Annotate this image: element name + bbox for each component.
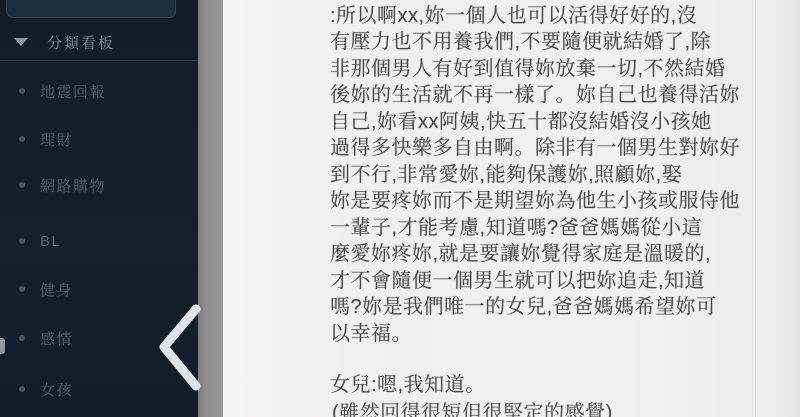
post-line: :所以啊xx,妳一個人也可以活得好好的,沒 xyxy=(330,0,790,27)
sidebar-item-label: BL xyxy=(40,233,61,250)
sidebar-item-label: 地震回報 xyxy=(40,81,106,102)
post-line: 有壓力也不用養我們,不要隨便就結婚了,除 xyxy=(330,27,790,54)
post-line: 麼愛妳疼妳,就是要讓妳覺得家庭是溫暖的, xyxy=(330,239,790,266)
bullet-icon xyxy=(19,88,25,94)
sidebar-item-bl[interactable]: BL xyxy=(0,231,198,251)
sidebar-item-label: 健身 xyxy=(40,279,73,300)
bullet-icon xyxy=(19,136,25,142)
post-content-page: :所以啊xx,妳一個人也可以活得好好的,沒 有壓力也不用養我們,不要隨便就結婚了… xyxy=(223,0,800,417)
bullet-icon xyxy=(19,182,25,188)
post-line: 以幸福。 xyxy=(330,318,790,345)
post-line: 妳是要疼妳而不是期望妳為他生小孩或服侍他 xyxy=(330,186,790,213)
sidebar-item-finance[interactable]: 理財 xyxy=(0,129,198,149)
sidebar-divider xyxy=(0,60,198,61)
sidebar-item-online-shopping[interactable]: 網路購物 xyxy=(0,175,198,195)
sidebar-item-earthquake[interactable]: 地震回報 xyxy=(0,81,198,101)
bullet-icon xyxy=(19,335,25,341)
left-edge-tab xyxy=(0,338,5,354)
sidebar-section-categories[interactable]: 分類看板 xyxy=(0,30,198,54)
post-line: 過得多快樂多自由啊。除非有一個男生對妳好 xyxy=(330,133,790,160)
sidebar-item-fitness[interactable]: 健身 xyxy=(0,279,198,299)
post-reply-line: 女兒:嗯,我知道。 xyxy=(330,369,486,396)
search-input[interactable] xyxy=(6,0,176,18)
bullet-icon xyxy=(19,286,25,292)
post-line: 才不會隨便一個男生就可以把妳追走,知道 xyxy=(330,265,790,292)
sidebar-item-label: 女孩 xyxy=(40,379,73,400)
sidebar-item-label: 網路購物 xyxy=(40,175,106,196)
post-line: 嗎?妳是我們唯一的女兒,爸爸媽媽希望妳可 xyxy=(330,292,790,319)
post-line: 一輩子,才能考慮,知道嗎?爸爸媽媽從小這 xyxy=(330,212,790,239)
post-line: 後妳的生活就不再一樣了。妳自己也養得活妳 xyxy=(330,80,790,107)
bullet-icon xyxy=(19,386,25,392)
chevron-left-icon xyxy=(148,299,210,397)
post-paragraph: :所以啊xx,妳一個人也可以活得好好的,沒 有壓力也不用養我們,不要隨便就結婚了… xyxy=(330,0,790,345)
triangle-down-icon xyxy=(14,38,28,46)
sidebar-item-label: 感情 xyxy=(40,328,73,349)
sidebar-section-label: 分類看板 xyxy=(47,32,115,53)
post-note-line: (雖然回得很短但很堅定的感覺) xyxy=(332,397,613,417)
post-line: 到不行,非常愛妳,能夠保護妳,照顧妳,娶 xyxy=(330,159,790,186)
collapse-sidebar-button[interactable] xyxy=(148,299,210,397)
post-line: 自己,妳看xx阿姨,快五十都沒結婚沒小孩她 xyxy=(330,106,790,133)
bullet-icon xyxy=(19,238,25,244)
sidebar-item-label: 理財 xyxy=(40,129,73,150)
post-line: 非那個男人有好到值得妳放棄一切,不然結婚 xyxy=(330,53,790,80)
